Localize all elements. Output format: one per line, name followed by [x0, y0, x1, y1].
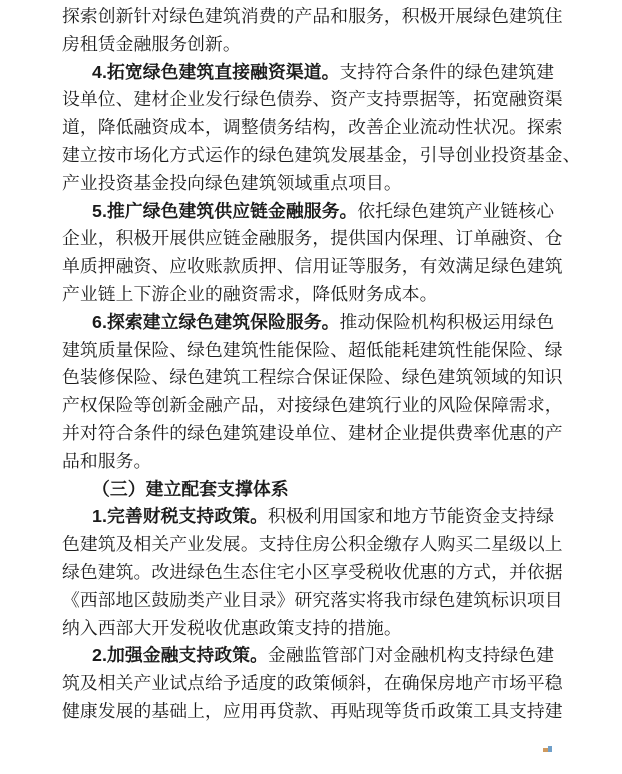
- paragraph-text: 产业链上下游企业的融资需求，降低财务成本。: [62, 284, 438, 304]
- document-line: 并对符合条件的绿色建筑建设单位、建材企业提供费率优惠的产: [62, 420, 582, 448]
- paragraph-text: 产权保险等创新金融产品，对接绿色建筑行业的风险保障需求，: [62, 395, 563, 415]
- document-line: 产权保险等创新金融产品，对接绿色建筑行业的风险保障需求，: [62, 392, 582, 420]
- document-line: 绿色建筑。改进绿色生态住宅小区享受税收优惠的方式，并依据: [62, 559, 582, 587]
- paragraph-text: 《西部地区鼓励类产业目录》研究落实将我市绿色建筑标识项目: [62, 590, 563, 610]
- paragraph-text: 纳入西部大开发税收优惠政策支持的措施。: [62, 618, 402, 638]
- document-line: 建筑质量保险、绿色建筑性能保险、超低能耗建筑性能保险、绿: [62, 337, 582, 365]
- paragraph-text: 推动保险机构积极运用绿色: [340, 312, 555, 332]
- document-line: 2.加强金融支持政策。金融监管部门对金融机构支持绿色建: [62, 642, 582, 670]
- document-line: 企业，积极开展供应链金融服务，提供国内保理、订单融资、仓: [62, 225, 582, 253]
- paragraph-heading: 4.拓宽绿色建筑直接融资渠道。: [92, 62, 340, 82]
- document-line: 产业链上下游企业的融资需求，降低财务成本。: [62, 281, 582, 309]
- page-corner-marker-icon: [543, 746, 552, 752]
- paragraph-text: 设单位、建材企业发行绿色债券、资产支持票据等，拓宽融资渠: [62, 89, 563, 109]
- document-line: 品和服务。: [62, 448, 582, 476]
- paragraph-text: 并对符合条件的绿色建筑建设单位、建材企业提供费率优惠的产: [62, 423, 563, 443]
- document-line: 4.拓宽绿色建筑直接融资渠道。支持符合条件的绿色建筑建: [62, 59, 582, 87]
- document-line: 探索创新针对绿色建筑消费的产品和服务，积极开展绿色建筑住: [62, 3, 582, 31]
- document-line: 5.推广绿色建筑供应链金融服务。依托绿色建筑产业链核心: [62, 198, 582, 226]
- paragraph-text: 依托绿色建筑产业链核心: [357, 201, 554, 221]
- document-line: 单质押融资、应收账款质押、信用证等服务，有效满足绿色建筑: [62, 253, 582, 281]
- paragraph-heading: 5.推广绿色建筑供应链金融服务。: [92, 201, 357, 221]
- document-line: 纳入西部大开发税收优惠政策支持的措施。: [62, 615, 582, 643]
- paragraph-text: 建立按市场化方式运作的绿色建筑发展基金，引导创业投资基金、: [62, 145, 581, 165]
- paragraph-text: 建筑质量保险、绿色建筑性能保险、超低能耗建筑性能保险、绿: [62, 340, 563, 360]
- paragraph-heading: （三）建立配套支撑体系: [92, 479, 289, 499]
- paragraph-text: 房租赁金融服务创新。: [62, 34, 241, 54]
- document-line: 色建筑及相关产业发展。支持住房公积金缴存人购买二星级以上: [62, 531, 582, 559]
- paragraph-text: 探索创新针对绿色建筑消费的产品和服务，积极开展绿色建筑住: [62, 6, 563, 26]
- document-line: 建立按市场化方式运作的绿色建筑发展基金，引导创业投资基金、: [62, 142, 582, 170]
- paragraph-text: 色装修保险、绿色建筑工程综合保证保险、绿色建筑领域的知识: [62, 367, 563, 387]
- paragraph-text: 单质押融资、应收账款质押、信用证等服务，有效满足绿色建筑: [62, 256, 563, 276]
- paragraph-heading: 1.完善财税支持政策。: [92, 506, 268, 526]
- document-line: 房租赁金融服务创新。: [62, 31, 582, 59]
- document-page: 探索创新针对绿色建筑消费的产品和服务，积极开展绿色建筑住房租赁金融服务创新。4.…: [0, 0, 622, 774]
- document-line: 色装修保险、绿色建筑工程综合保证保险、绿色建筑领域的知识: [62, 364, 582, 392]
- document-line: 《西部地区鼓励类产业目录》研究落实将我市绿色建筑标识项目: [62, 587, 582, 615]
- paragraph-text: 色建筑及相关产业发展。支持住房公积金缴存人购买二星级以上: [62, 534, 563, 554]
- paragraph-text: 品和服务。: [62, 451, 151, 471]
- paragraph-text: 健康发展的基础上，应用再贷款、再贴现等货币政策工具支持建: [62, 701, 563, 721]
- document-line: 产业投资基金投向绿色建筑领域重点项目。: [62, 170, 582, 198]
- paragraph-text: 绿色建筑。改进绿色生态住宅小区享受税收优惠的方式，并依据: [62, 562, 563, 582]
- paragraph-text: 积极利用国家和地方节能资金支持绿: [268, 506, 554, 526]
- document-line: 道，降低融资成本，调整债务结构，改善企业流动性状况。探索: [62, 114, 582, 142]
- document-line: 健康发展的基础上，应用再贷款、再贴现等货币政策工具支持建: [62, 698, 582, 726]
- paragraph-text: 支持符合条件的绿色建筑建: [340, 62, 555, 82]
- document-line: 6.探索建立绿色建筑保险服务。推动保险机构积极运用绿色: [62, 309, 582, 337]
- document-line: 1.完善财税支持政策。积极利用国家和地方节能资金支持绿: [62, 503, 582, 531]
- document-line: 筑及相关产业试点给予适度的政策倾斜，在确保房地产市场平稳: [62, 670, 582, 698]
- paragraph-text: 产业投资基金投向绿色建筑领域重点项目。: [62, 173, 402, 193]
- marker-right-block: [548, 746, 552, 752]
- paragraph-text: 企业，积极开展供应链金融服务，提供国内保理、订单融资、仓: [62, 228, 563, 248]
- document-body: 探索创新针对绿色建筑消费的产品和服务，积极开展绿色建筑住房租赁金融服务创新。4.…: [62, 3, 582, 726]
- document-line: 设单位、建材企业发行绿色债券、资产支持票据等，拓宽融资渠: [62, 86, 582, 114]
- paragraph-text: 道，降低融资成本，调整债务结构，改善企业流动性状况。探索: [62, 117, 563, 137]
- paragraph-heading: 6.探索建立绿色建筑保险服务。: [92, 312, 340, 332]
- document-line: （三）建立配套支撑体系: [62, 476, 582, 504]
- paragraph-text: 金融监管部门对金融机构支持绿色建: [268, 645, 554, 665]
- paragraph-heading: 2.加强金融支持政策。: [92, 645, 268, 665]
- paragraph-text: 筑及相关产业试点给予适度的政策倾斜，在确保房地产市场平稳: [62, 673, 563, 693]
